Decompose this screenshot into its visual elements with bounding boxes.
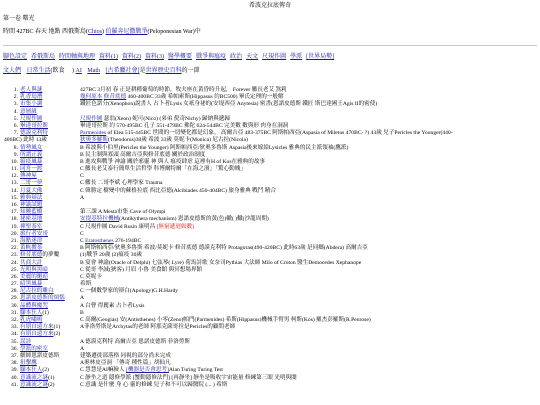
chapter-description: A菲洛勞斯是Archytas的老師 阿那克薩哥拉是Pericles的顧問老師: [78, 325, 540, 332]
nav-link[interactable]: 醫學概要: [168, 54, 192, 60]
chapter-link[interactable]: 老人與謎: [20, 87, 42, 93]
chapter-link[interactable]: 乳香島漕: [20, 94, 42, 100]
chapter-link[interactable]: 共商大計: [20, 260, 42, 266]
chapter-link[interactable]: 情勢風女: [20, 145, 42, 151]
chapter-link[interactable]: 狙擊鷹: [20, 360, 37, 366]
chapter-description: C 一個數學家的辯白(Apology)G.H.Hardy: [78, 289, 540, 296]
chapter-description: A: [78, 196, 540, 203]
chapter-link[interactable]: 誤診: [20, 339, 31, 345]
time-suffix: (Peloponesian War)中: [148, 29, 201, 35]
nav-link-writers[interactable]: 文人們: [3, 68, 21, 74]
chapter-number: 41.: [0, 383, 20, 390]
nav-link[interactable]: 戰爭與瘟疫: [196, 54, 226, 60]
chapter-link[interactable]: 恩諾皮德斯的煩惱: [20, 295, 65, 301]
description-link[interactable]: 幾何原本: [80, 94, 102, 100]
chapter-row: 15.雅典辯法A: [0, 196, 540, 203]
nav-link[interactable]: 腳色設定: [3, 54, 27, 60]
chapter-link[interactable]: 乳虎嘯鳴: [20, 317, 42, 323]
nav-link[interactable]: 政治: [230, 54, 242, 60]
chapter-suffix: (1): [54, 324, 61, 330]
nav-link-greek-society[interactable]: [古希臘社會]: [106, 68, 140, 74]
chapter-link[interactable]: 市集小調: [20, 101, 42, 107]
chapter-link[interactable]: 修昔底德: [20, 252, 42, 258]
chapter-link[interactable]: 學派的密室: [20, 346, 48, 352]
chapter-description: C 意識 是什麼 身 心 靈的修練 兒子和不可以歸醫院 (... ) 希斯: [78, 383, 540, 390]
nav-link-world-history[interactable]: 世界歷史百科: [146, 68, 182, 74]
chapter-link[interactable]: 畢達哥拉斯: [20, 123, 48, 129]
nav-link[interactable]: 希俄斯島: [31, 54, 55, 60]
nav-text-food: (飲食 ): [51, 68, 76, 74]
chapter-suffix: (1): [48, 375, 55, 381]
chapter-link[interactable]: 德謨克利特: [20, 130, 48, 136]
nav-link-daily-life[interactable]: 日常生活: [27, 68, 51, 74]
nav-link-ai[interactable]: AI: [76, 68, 82, 74]
chapter-list: 1.老人與謎427BC 3月初 春 正是耕種葡萄的時節，牧夫座在黃昏時升起， F…: [0, 88, 540, 390]
chapter-row: 33.有朋自遠方來(1)A菲洛勞斯是Archytas的老師 阿那克薩哥拉是Per…: [0, 325, 540, 332]
chapter-row: 3.市集小調鐵匠色諾分(Xenophon)說書人 占卜者Lysis 女祇身祕的(…: [0, 102, 540, 109]
description-link[interactable]: Eratosthenes: [85, 238, 114, 244]
nav-link[interactable]: 資料(1): [99, 54, 118, 60]
chapter-suffix: 的夢魘: [42, 252, 59, 258]
chapter-link[interactable]: 意層級: [20, 109, 37, 115]
chapter-link[interactable]: 祕密基地: [20, 216, 42, 222]
chapter-link[interactable]: 暗黑風暴: [20, 281, 42, 287]
chapter-description: A: [78, 296, 540, 303]
chapter-link[interactable]: 意識流之謎: [20, 382, 48, 388]
nav-row-1: 腳色設定希俄斯島時間軸與地理資料(1)資料(2)資料(3)醫學概要戰爭與瘟疫政治…: [3, 54, 338, 60]
chapter-link[interactable]: 尺規作圖: [20, 116, 42, 122]
chapter-description: C 尺規作圖 David Rusin 康明昌 [無窮遞迴級數]: [78, 225, 540, 232]
page-title: 希波克拉底傳奇: [0, 3, 540, 9]
peloponnesian-war-link[interactable]: 伯羅奔尼撒戰爭: [106, 29, 148, 35]
chapter-suffix: (1): [42, 310, 49, 316]
chapter-link[interactable]: 有朋自遠方來: [20, 331, 54, 337]
description-link[interactable]: 修昔底德: [104, 94, 126, 100]
nav-link-math[interactable]: Math: [87, 68, 100, 74]
chapter-link[interactable]: 二哥一夢: [20, 180, 42, 186]
chapter-description: B 阿斯帕西亞/狄奧多魯斯 希波/莫妮卡 修昔底德 德謨克利特 Protagor…: [78, 246, 540, 253]
turing-test-link[interactable]: [機器是否會思考]: [126, 367, 169, 373]
nav-link[interactable]: 學派: [290, 54, 302, 60]
nav-text-section: 的一節: [182, 68, 200, 74]
chapter-description: C 艦長老艾泰行簡單生活哲學 科博爾特爾「在海之濱」「驚心動魄」: [78, 167, 540, 174]
chapter-link[interactable]: 雅典辯法: [20, 195, 42, 201]
chapter-link[interactable]: 旅行者安哥: [20, 231, 48, 237]
description-link[interactable]: Parmenides: [80, 130, 106, 136]
chapter-link[interactable]: 海點迷津: [20, 238, 42, 244]
nav-link[interactable]: 時間軸與地理: [59, 54, 95, 60]
volume-heading: 第一卷 曙光: [3, 16, 35, 22]
chapter-title: 意識流之謎(2): [20, 383, 78, 390]
chapter-link[interactable]: 月夏大佛: [20, 188, 42, 194]
chapter-description: C 韓勝定 樹變中的蘇格拉底 西比亞德(Alcibiades 450-404BC…: [78, 189, 540, 196]
nav-link[interactable]: [世界局勢]: [306, 54, 334, 60]
description-link[interactable]: 狄奧多羅斯: [80, 137, 108, 143]
nav-link[interactable]: 尺規作圖: [262, 54, 286, 60]
divider: [3, 45, 537, 46]
infinite-series-link[interactable]: [無窮遞迴級數]: [157, 224, 194, 230]
chapter-link[interactable]: 神諭試題: [20, 202, 42, 208]
chapter-link[interactable]: 所謂正義: [20, 152, 42, 158]
chapter-suffix: (2): [48, 382, 55, 388]
chapter-link[interactable]: 晶體與魔咒: [20, 303, 48, 309]
chapter-link[interactable]: 同舟一渡: [20, 166, 42, 172]
chapter-description: C: [78, 232, 540, 239]
chapter-link[interactable]: 意識流之謎: [20, 375, 48, 381]
nav-link[interactable]: 資料(3): [145, 54, 164, 60]
chapter-link[interactable]: 腳本狂人: [20, 367, 42, 373]
description-link[interactable]: 尺規作圖: [80, 116, 102, 122]
chapter-description: 鐵匠色諾分(Xenophon)說書人 占卜者Lysis 女祇身祕的(安堤西亞 A…: [78, 102, 540, 109]
chapter-link[interactable]: 光明與黑暗: [20, 267, 48, 273]
chapter-link[interactable]: 黃帆攬茶: [20, 245, 42, 251]
chapter-link[interactable]: 瘟疫風暴: [20, 159, 42, 165]
chapter-description: A 白曹 得麗素 占卜者Lysis: [78, 304, 540, 311]
chapter-row: 41.意識流之謎(2) C 意識 是什麼 身 心 靈的修練 兒子和不可以歸醫院 …: [0, 383, 540, 390]
description-link[interactable]: 安提基特拉機械: [80, 216, 119, 222]
chapter-link[interactable]: 美麗的邂逅: [20, 274, 48, 280]
chapter-link[interactable]: 腳本狂人: [20, 310, 42, 316]
time-prefix: 時間 427BC 春天 地點 西俄斯島(: [3, 29, 88, 35]
chios-link[interactable]: Chios: [88, 29, 102, 35]
chapter-suffix: (2): [42, 367, 49, 373]
chapter-link[interactable]: 傳神屋: [20, 173, 37, 179]
chapter-description: A 德謨克利特 高爾吉亞 恩諾皮德斯 菲洛勞斯: [78, 340, 540, 347]
chapter-suffix: (2): [54, 331, 61, 337]
chapter-description: C 從哥 李誠(狹客) 月眉 小魯 美食館 與冥想場界館: [78, 268, 540, 275]
chapter-link[interactable]: 有朋自遠方來: [20, 324, 54, 330]
nav-link[interactable]: 資料(2): [122, 54, 141, 60]
chapter-link[interactable]: 尼古拉的雕白: [20, 288, 54, 294]
chapter-link[interactable]: 知曉藍橋: [20, 209, 42, 215]
nav-row-2: 文人們 日常生活(飲食 ) AI Math [古希臘社會]是世界歷史百科的一節: [3, 68, 200, 74]
chapter-link[interactable]: 禪聖茶室: [20, 224, 42, 230]
chapter-description: C 莫妮卡: [78, 275, 540, 282]
nav-link[interactable]: 天文: [246, 54, 258, 60]
time-place-line: 時間 427BC 春天 地點 西俄斯島(Chios) 伯羅奔尼撒戰爭(Pelop…: [3, 29, 201, 35]
